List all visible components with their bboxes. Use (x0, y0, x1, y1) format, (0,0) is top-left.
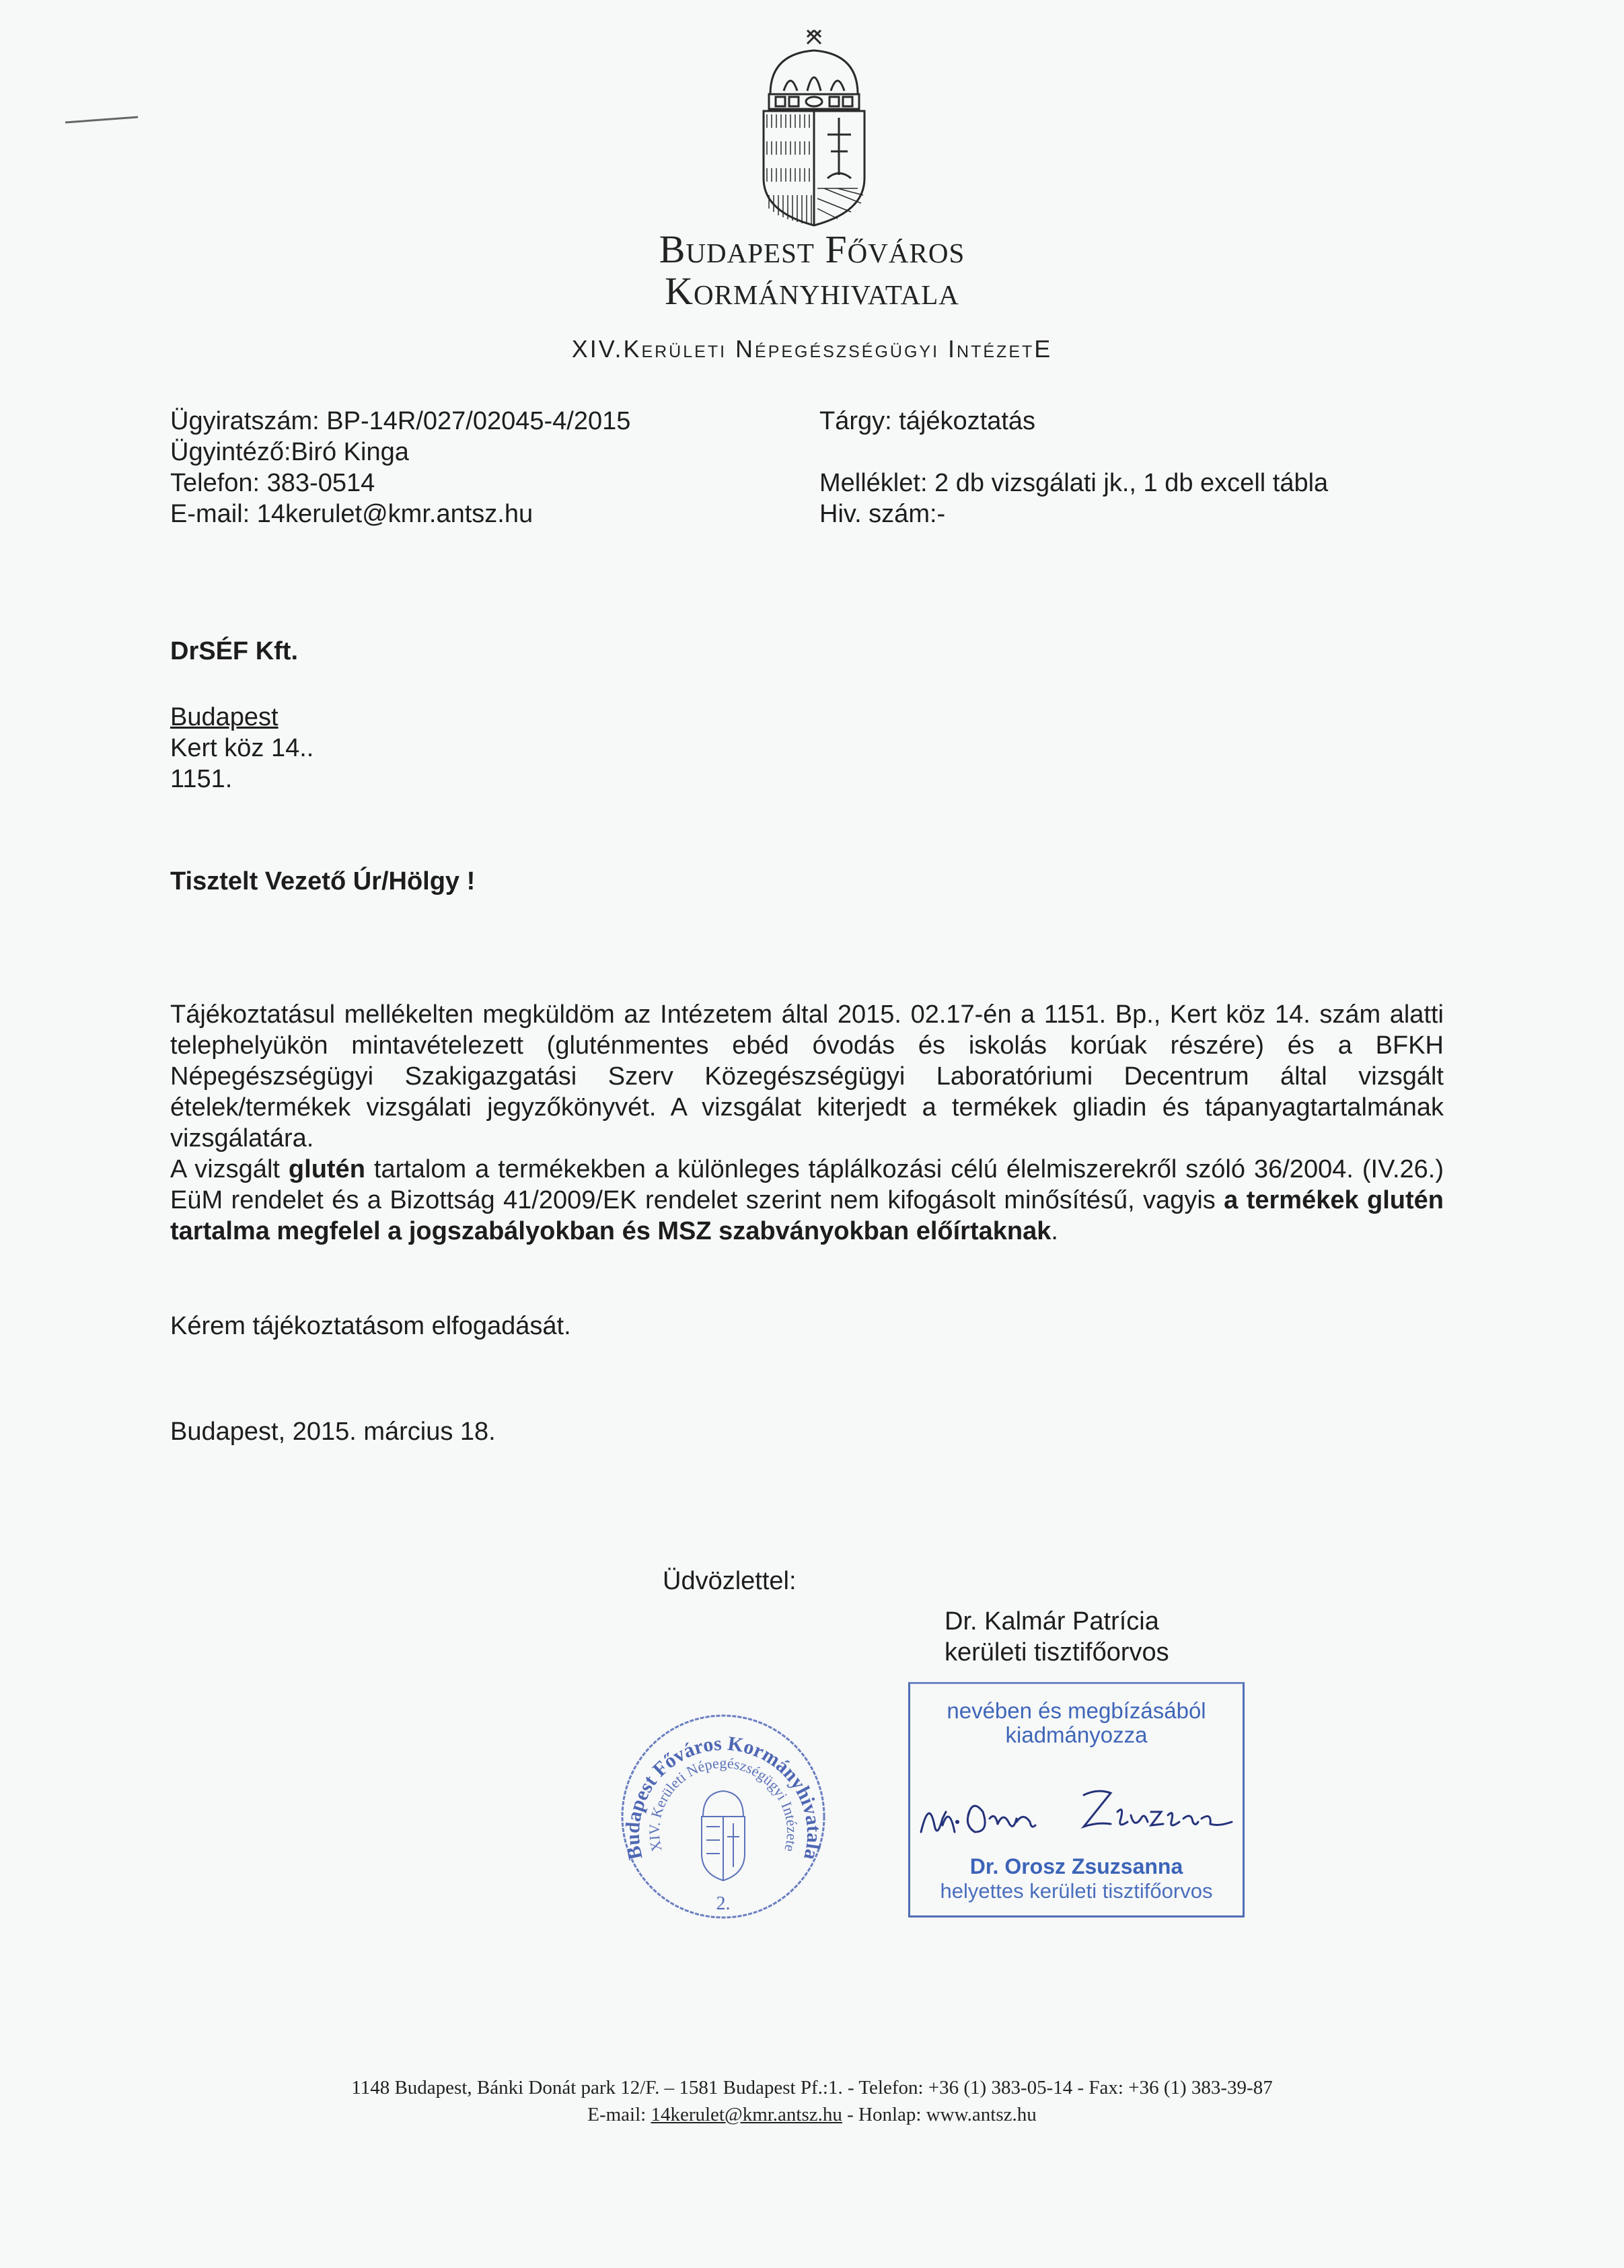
official-seal: Budapest Főváros Kormányhivatala XIV. Ke… (616, 1709, 831, 1924)
phone: Telefon: 383-0514 (170, 468, 630, 499)
footer-email-label: E-mail: (587, 2104, 651, 2125)
attachment: Melléklet: 2 db vizsgálati jk., 1 db exc… (819, 468, 1328, 499)
signatory: Dr. Kalmár Patrícia kerületi tisztifőorv… (945, 1606, 1169, 1668)
org-title-line-2: Kormányhivatala (0, 270, 1624, 312)
scan-artifact (64, 116, 145, 124)
signatory-title: kerületi tisztifőorvos (945, 1637, 1169, 1668)
greeting: Üdvözlettel: (663, 1566, 797, 1597)
closing-line: Kérem tájékoztatásom elfogadását. (170, 1311, 571, 1342)
administrator: Ügyintéző:Biró Kinga (170, 437, 630, 468)
letter-body: Tájékoztatásul mellékelten megküldöm az … (170, 999, 1444, 1247)
handwritten-signature (916, 1785, 1239, 1845)
footer: 1148 Budapest, Bánki Donát park 12/F. – … (0, 2074, 1624, 2128)
letter-date: Budapest, 2015. március 18. (170, 1416, 496, 1447)
organization-title: Budapest Főváros Kormányhivatala (0, 229, 1624, 312)
salutation: Tisztelt Vezető Úr/Hölgy ! (170, 866, 475, 897)
body-paragraph-2: A vizsgált glutén tartalom a termékekben… (170, 1154, 1444, 1247)
subject: Tárgy: tájékoztatás (819, 406, 1328, 437)
p2-bold-1: glutén (289, 1155, 365, 1183)
department-name: XIV.Kerületi Népegészségügyi IntézetE (0, 335, 1624, 363)
footer-contact: E-mail: 14kerulet@kmr.antsz.hu - Honlap:… (0, 2101, 1624, 2128)
stamp-role: helyettes kerületi tisztifőorvos (910, 1879, 1243, 1903)
recipient-address: DrSÉF Kft. Budapest Kert köz 14.. 1151. (170, 636, 313, 795)
signature-stamp: nevében és megbízásából kiadmányozza Dr.… (908, 1682, 1245, 1917)
case-number: Ügyiratszám: BP-14R/027/02045-4/2015 (170, 406, 630, 437)
recipient-city: Budapest (170, 702, 313, 733)
p2-text-1: A vizsgált (170, 1155, 289, 1183)
email: E-mail: 14kerulet@kmr.antsz.hu (170, 499, 630, 529)
signatory-name: Dr. Kalmár Patrícia (945, 1606, 1169, 1637)
recipient-company: DrSÉF Kft. (170, 636, 313, 667)
recipient-street: Kert köz 14.. (170, 733, 313, 764)
footer-email-link[interactable]: 14kerulet@kmr.antsz.hu (651, 2104, 842, 2125)
org-title-line-1: Budapest Főváros (0, 229, 1624, 270)
stamp-line-1: nevében és megbízásából (910, 1699, 1243, 1723)
body-paragraph-1: Tájékoztatásul mellékelten megküldöm az … (170, 999, 1444, 1154)
recipient-postal-code: 1151. (170, 764, 313, 795)
p2-end: . (1051, 1217, 1058, 1245)
seal-number: 2. (716, 1893, 731, 1914)
subject-block: Tárgy: tájékoztatás Melléklet: 2 db vizs… (819, 406, 1328, 529)
footer-address: 1148 Budapest, Bánki Donát park 12/F. – … (0, 2074, 1624, 2101)
reference-number: Hiv. szám:- (819, 499, 1328, 529)
stamp-line-2: kiadmányozza (910, 1723, 1243, 1747)
seal-crest-icon (702, 1791, 745, 1880)
stamp-name: Dr. Orosz Zsuzsanna (910, 1854, 1243, 1879)
footer-website: - Honlap: www.antsz.hu (842, 2104, 1037, 2125)
stamp-text: nevében és megbízásából kiadmányozza (910, 1699, 1243, 1747)
reference-block: Ügyiratszám: BP-14R/027/02045-4/2015 Ügy… (170, 406, 630, 529)
coat-of-arms-icon (743, 27, 885, 229)
